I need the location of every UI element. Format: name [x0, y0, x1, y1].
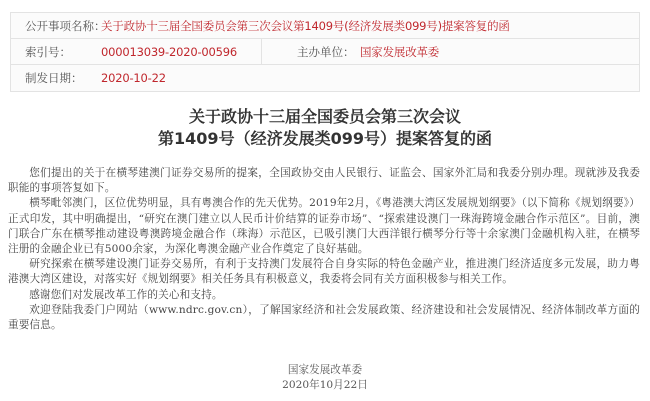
paragraph: 欢迎登陆我委门户网站（www.ndrc.gov.cn），了解国家经济和社会发展政… [8, 303, 640, 333]
paragraph: 横琴毗邻澳门，区位优势明显，具有粤澳合作的先天优势。2019年2月，《粤港澳大湾… [8, 196, 640, 257]
document-title: 关于政协十三届全国委员会第三次会议 第1409号（经济发展类099号）提案答复的… [0, 106, 650, 150]
meta-cell-org: 主办单位： 国家发展改革委 [262, 39, 439, 64]
meta-row-date: 制发日期： 2020-10-22 [11, 65, 639, 91]
meta-cell-name: 公开事项名称： 关于政协十三届全国委员会第三次会议第1409号(经济发展类099… [11, 13, 639, 38]
signature-org: 国家发展改革委 [0, 363, 650, 378]
meta-cell-index: 索引号： 000013039-2020-00596 [11, 39, 262, 64]
document-body: 您们提出的关于在横琴建澳门证券交易所的提案，全国政协交由人民银行、证监会、国家外… [8, 166, 640, 333]
title-line-1: 关于政协十三届全国委员会第三次会议 [0, 106, 650, 128]
meta-cell-date: 制发日期： 2020-10-22 [11, 65, 639, 91]
index-label: 索引号： [11, 44, 101, 60]
org-value: 国家发展改革委 [360, 44, 439, 60]
paragraph: 感谢您们对发展改革工作的关心和支持。 [8, 288, 640, 303]
paragraph: 研究探索在横琴建设澳门证券交易所，有利于支持澳门发展符合自身实际的特色金融产业，… [8, 257, 640, 287]
meta-row-name: 公开事项名称： 关于政协十三届全国委员会第三次会议第1409号(经济发展类099… [11, 13, 639, 39]
org-label: 主办单位： [282, 44, 360, 60]
signature-block: 国家发展改革委 2020年10月22日 [0, 363, 650, 393]
name-value: 关于政协十三届全国委员会第三次会议第1409号(经济发展类099号)提案答复的函 [101, 18, 510, 34]
meta-row-index: 索引号： 000013039-2020-00596 主办单位： 国家发展改革委 [11, 39, 639, 65]
date-value: 2020-10-22 [101, 71, 166, 85]
name-label: 公开事项名称： [11, 18, 101, 34]
paragraph: 您们提出的关于在横琴建澳门证券交易所的提案，全国政协交由人民银行、证监会、国家外… [8, 166, 640, 196]
date-label: 制发日期： [11, 70, 101, 86]
title-line-2: 第1409号（经济发展类099号）提案答复的函 [0, 128, 650, 150]
signature-date: 2020年10月22日 [0, 378, 650, 393]
index-value: 000013039-2020-00596 [101, 45, 237, 59]
metadata-table: 公开事项名称： 关于政协十三届全国委员会第三次会议第1409号(经济发展类099… [10, 12, 640, 92]
